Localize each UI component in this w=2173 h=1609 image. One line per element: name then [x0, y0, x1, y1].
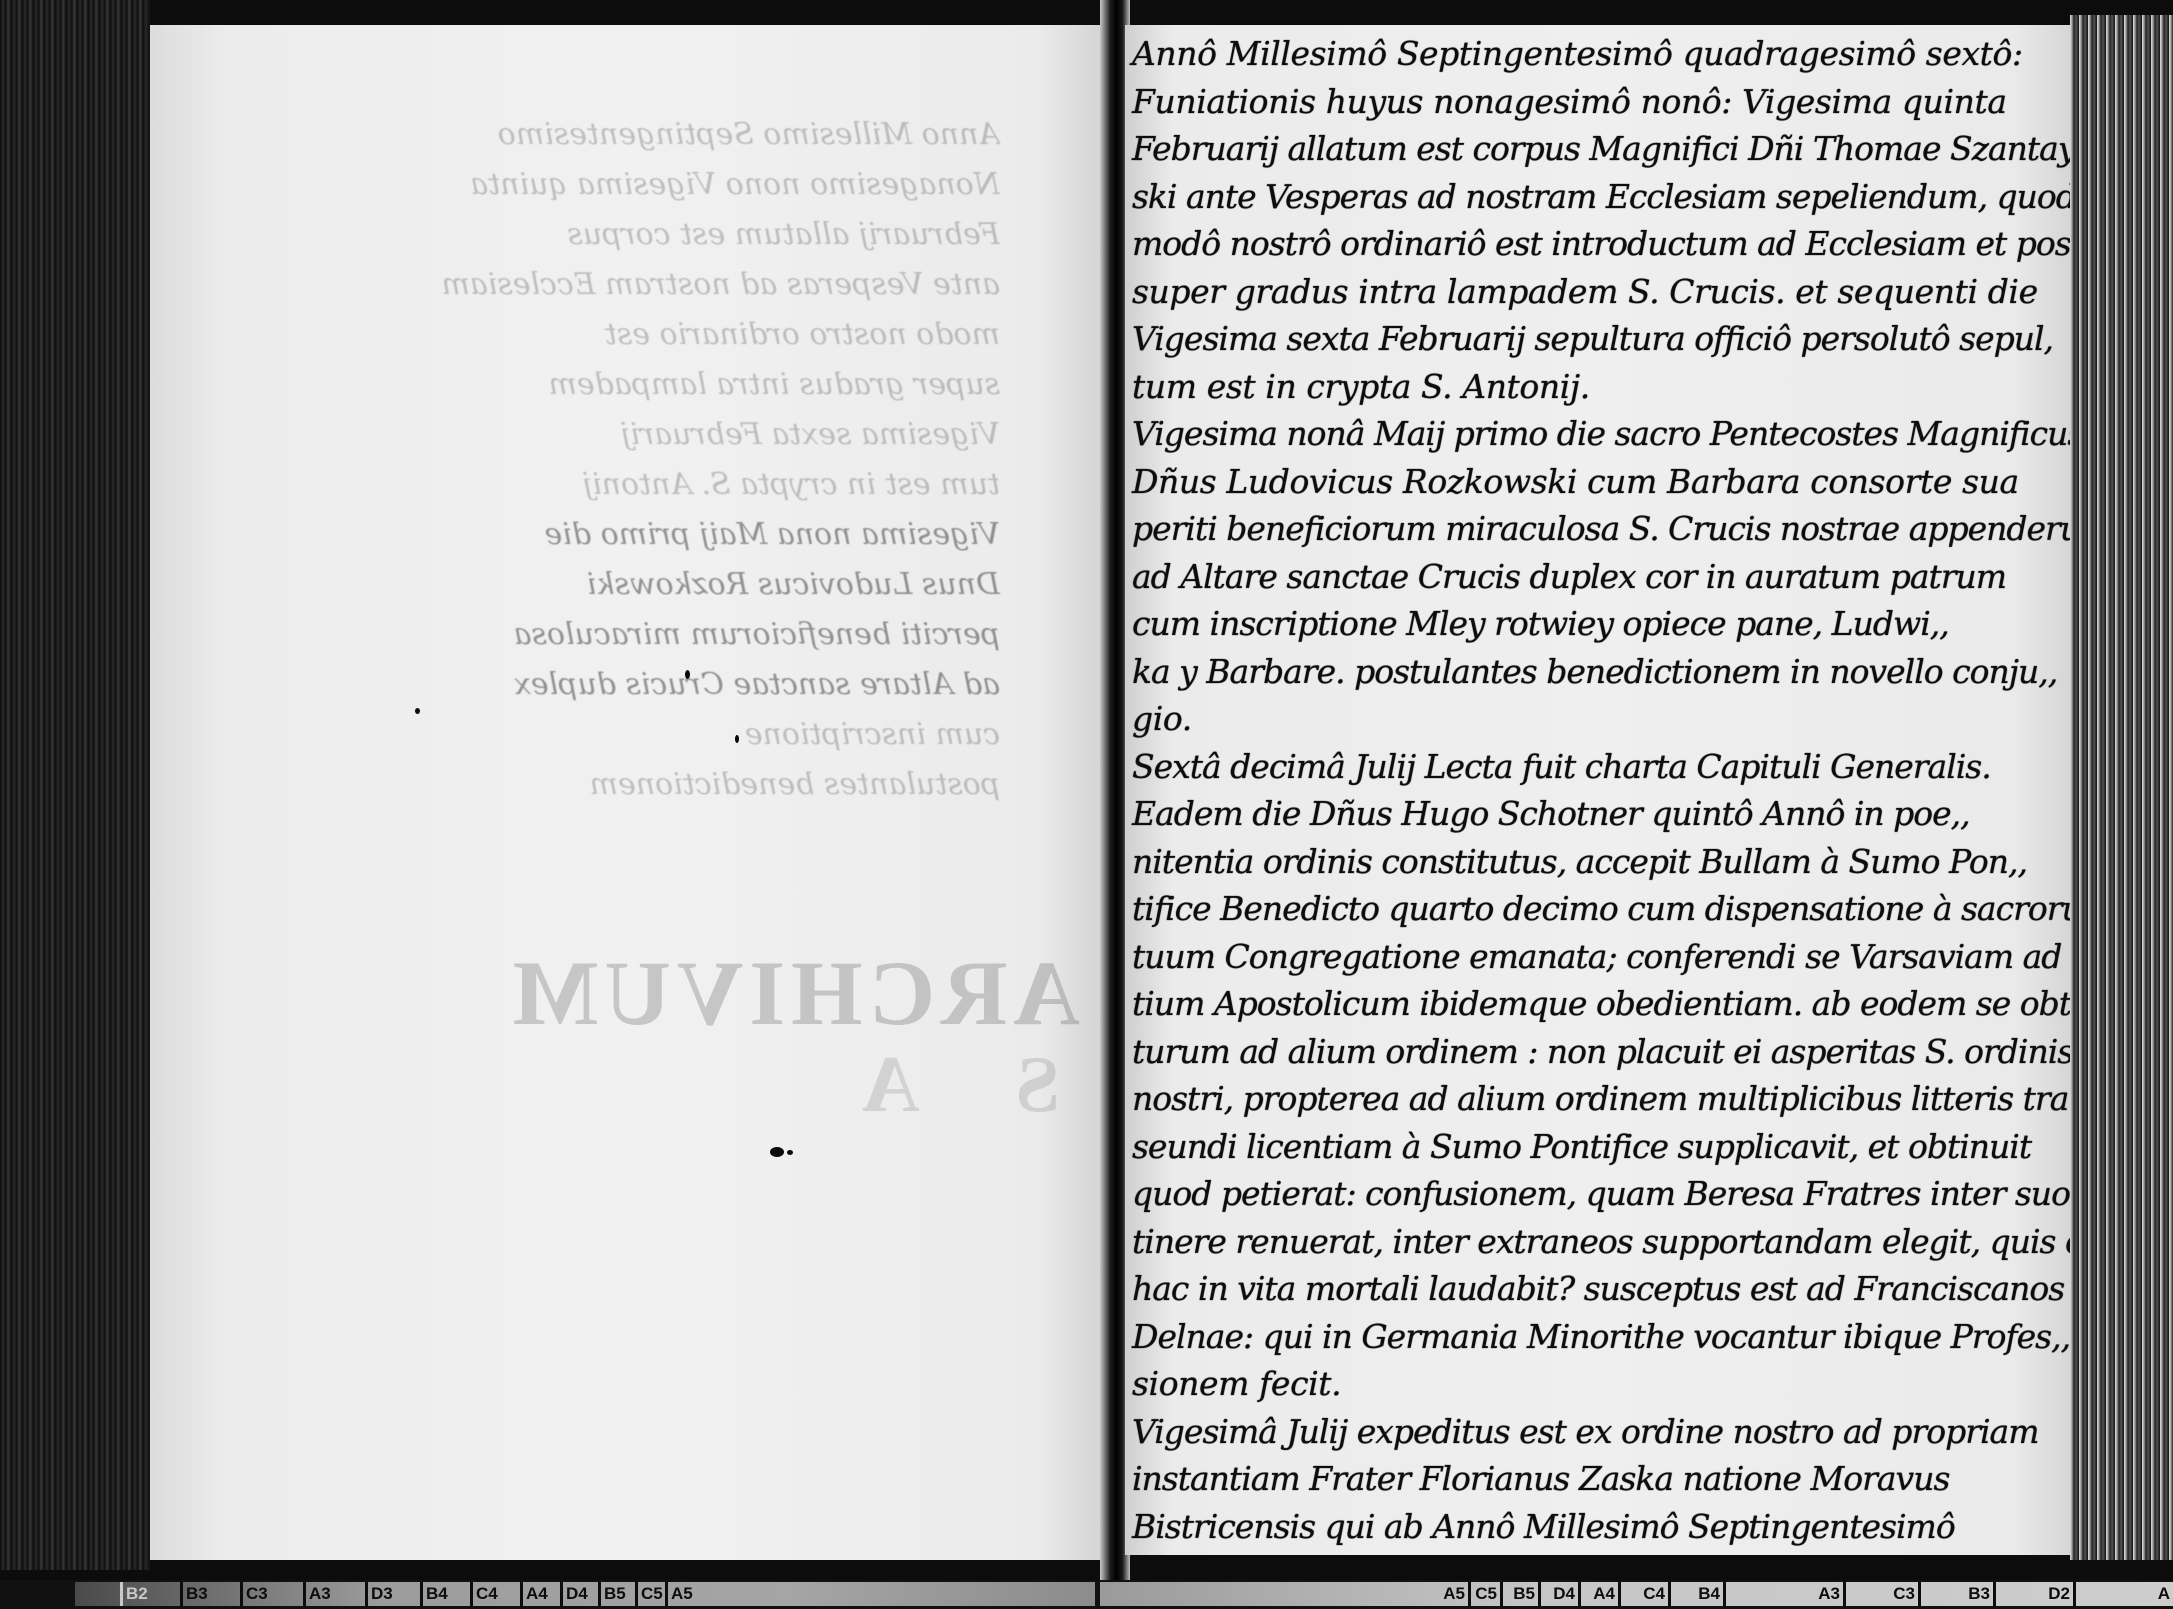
faded-stamp-secondary: S A: [460, 1040, 1060, 1131]
manuscript-line: Vigesima sexta Februarij sepultura offic…: [1132, 315, 2032, 363]
ink-blot: [770, 1147, 784, 1157]
left-page-edges: [0, 0, 150, 1570]
manuscript-line: Delnae: qui in Germania Minorithe vocant…: [1132, 1313, 2032, 1361]
bleed-line: cum inscriptione: [240, 710, 1000, 760]
scale-patch: D2: [1990, 1582, 2076, 1606]
ink-blot: [735, 735, 739, 743]
manuscript-line: instantiam Frater Florianus Zaska nation…: [1132, 1455, 2032, 1503]
faded-stamp: ARCHIVUM: [340, 940, 1080, 1046]
bleed-line: Dnus Ludovicus Rozkowski: [240, 560, 1000, 610]
manuscript-line: tium Apostolicum ibidemque obedientiam. …: [1132, 980, 2032, 1028]
manuscript-line: turum ad alium ordinem : non placuit ei …: [1132, 1028, 2032, 1076]
manuscript-line: modô nostrô ordinariô est introductum ad…: [1132, 220, 2032, 268]
scale-patch: C3: [240, 1582, 306, 1606]
bleed-line: Anno Millesimo Septingentesimo: [240, 110, 1000, 160]
manuscript-line: ka y Barbare. postulantes benedictionem …: [1132, 648, 2032, 696]
scale-patch: C3: [1840, 1582, 1921, 1606]
manuscript-line: tifice Benedicto quarto decimo cum dispe…: [1132, 885, 2032, 933]
manuscript-line: tinere renuerat, inter extraneos support…: [1132, 1218, 2032, 1266]
ink-blot: [787, 1150, 793, 1155]
manuscript-line: Annô Millesimô Septingentesimô quadrages…: [1132, 30, 2032, 78]
right-page-edges: [2070, 15, 2173, 1560]
manuscript-line: quod petierat: confusionem, quam Beresa …: [1132, 1170, 2032, 1218]
bleed-line: perciti beneficiorum miraculosa: [240, 610, 1000, 660]
bleed-line: ante Vesperas ad nostram Ecclesiam: [240, 260, 1000, 310]
manuscript-line: ski ante Vesperas ad nostram Ecclesiam s…: [1132, 173, 2032, 221]
manuscript-line: Vigesimâ Julij expeditus est ex ordine n…: [1132, 1408, 2032, 1456]
manuscript-line: gio.: [1132, 695, 2032, 743]
scale-strip: B2 B3 C3 A3 D3 B4 C4 A4 D4 B5 C5 A5: [75, 1582, 1095, 1606]
scale-patch: B3: [1915, 1582, 1996, 1606]
manuscript-line: Vigesima nonâ Maij primo die sacro Pente…: [1132, 410, 2032, 458]
manuscript-line: Dñus Ludovicus Rozkowski cum Barbara con…: [1132, 458, 2032, 506]
manuscript-line: tuum Congregatione emanata; conferendi s…: [1132, 933, 2032, 981]
manuscript-line: tum est in crypta S. Antonij.: [1132, 363, 2032, 411]
manuscript-text: Annô Millesimô Septingentesimô quadrages…: [1132, 30, 2032, 1550]
scale-patch: A: [2070, 1582, 2173, 1606]
manuscript-line: Bistricensis qui ab Annô Millesimô Septi…: [1132, 1503, 2032, 1551]
scale-patch: C4: [470, 1582, 526, 1606]
scale-patch: D3: [1720, 1582, 1786, 1606]
scale-patch: B3: [180, 1582, 246, 1606]
bleed-line: Nonagesimo nono Vigesima quinta: [240, 160, 1000, 210]
manuscript-line: seundi licentiam à Sumo Pontifice suppli…: [1132, 1123, 2032, 1171]
ink-blot: [415, 708, 420, 714]
scale-patch: A3: [1780, 1582, 1846, 1606]
ink-blot: [685, 670, 690, 679]
bleed-line: Februarij allatum est corpus: [240, 210, 1000, 260]
manuscript-line: Funiationis huyus nonagesimô nonô: Viges…: [1132, 78, 2032, 126]
scale-patch: B4: [420, 1582, 476, 1606]
manuscript-line: ad Altare sanctae Crucis duplex cor in a…: [1132, 553, 2032, 601]
scale-patch: B2: [120, 1582, 186, 1606]
manuscript-line: Sextâ decimâ Julij Lecta fuit charta Cap…: [1132, 743, 2032, 791]
scale-strip: A5 C5 B5 D4 A4 C4 B4 D3 A3 C3 B3 D2 A: [1100, 1582, 2173, 1606]
manuscript-line: Februarij allatum est corpus Magnifici D…: [1132, 125, 2032, 173]
manuscript-line: periti beneficiorum miraculosa S. Crucis…: [1132, 505, 2032, 553]
bleed-line: super gradus intra lampadem: [240, 360, 1000, 410]
manuscript-line: Eadem die Dñus Hugo Schotner quintô Annô…: [1132, 790, 2032, 838]
bleed-line: ad Altare sanctae Crucis duplex: [240, 660, 1000, 710]
manuscript-line: nitentia ordinis constitutus, accepit Bu…: [1132, 838, 2032, 886]
scale-patch: B4: [1665, 1582, 1726, 1606]
bleed-through-text: Anno Millesimo Septingentesimo Nonagesim…: [240, 110, 1000, 810]
manuscript-line: super gradus intra lampadem S. Crucis. e…: [1132, 268, 2032, 316]
manuscript-line: cum inscriptione Mley rotwiey opiece pan…: [1132, 600, 2032, 648]
scale-patch: A5: [665, 1582, 711, 1606]
calibration-scale-right: A5 C5 B5 D4 A4 C4 B4 D3 A3 C3 B3 D2 A: [1100, 1580, 2173, 1609]
bleed-line: tum est in crypta S. Antonij: [240, 460, 1000, 510]
scale-patch: C4: [1615, 1582, 1671, 1606]
scale-patch: D3: [365, 1582, 426, 1606]
calibration-scale-left: B2 B3 C3 A3 D3 B4 C4 A4 D4 B5 C5 A5: [0, 1580, 1100, 1609]
manuscript-line: nostri, propterea ad alium ordinem multi…: [1132, 1075, 2032, 1123]
scale-patch: A3: [303, 1582, 369, 1606]
bleed-line: postulantes benedictionem: [240, 760, 1000, 810]
manuscript-line: sionem fecit.: [1132, 1360, 2032, 1408]
manuscript-line: hac in vita mortali laudabit? susceptus …: [1132, 1265, 2032, 1313]
book-spread: Anno Millesimo Septingentesimo Nonagesim…: [0, 0, 2173, 1609]
bleed-line: Vigesima sexta Februarij: [240, 410, 1000, 460]
bleed-line: modo nostro ordinario est: [240, 310, 1000, 360]
bleed-line: Vigesima nona Maij primo die: [240, 510, 1000, 560]
